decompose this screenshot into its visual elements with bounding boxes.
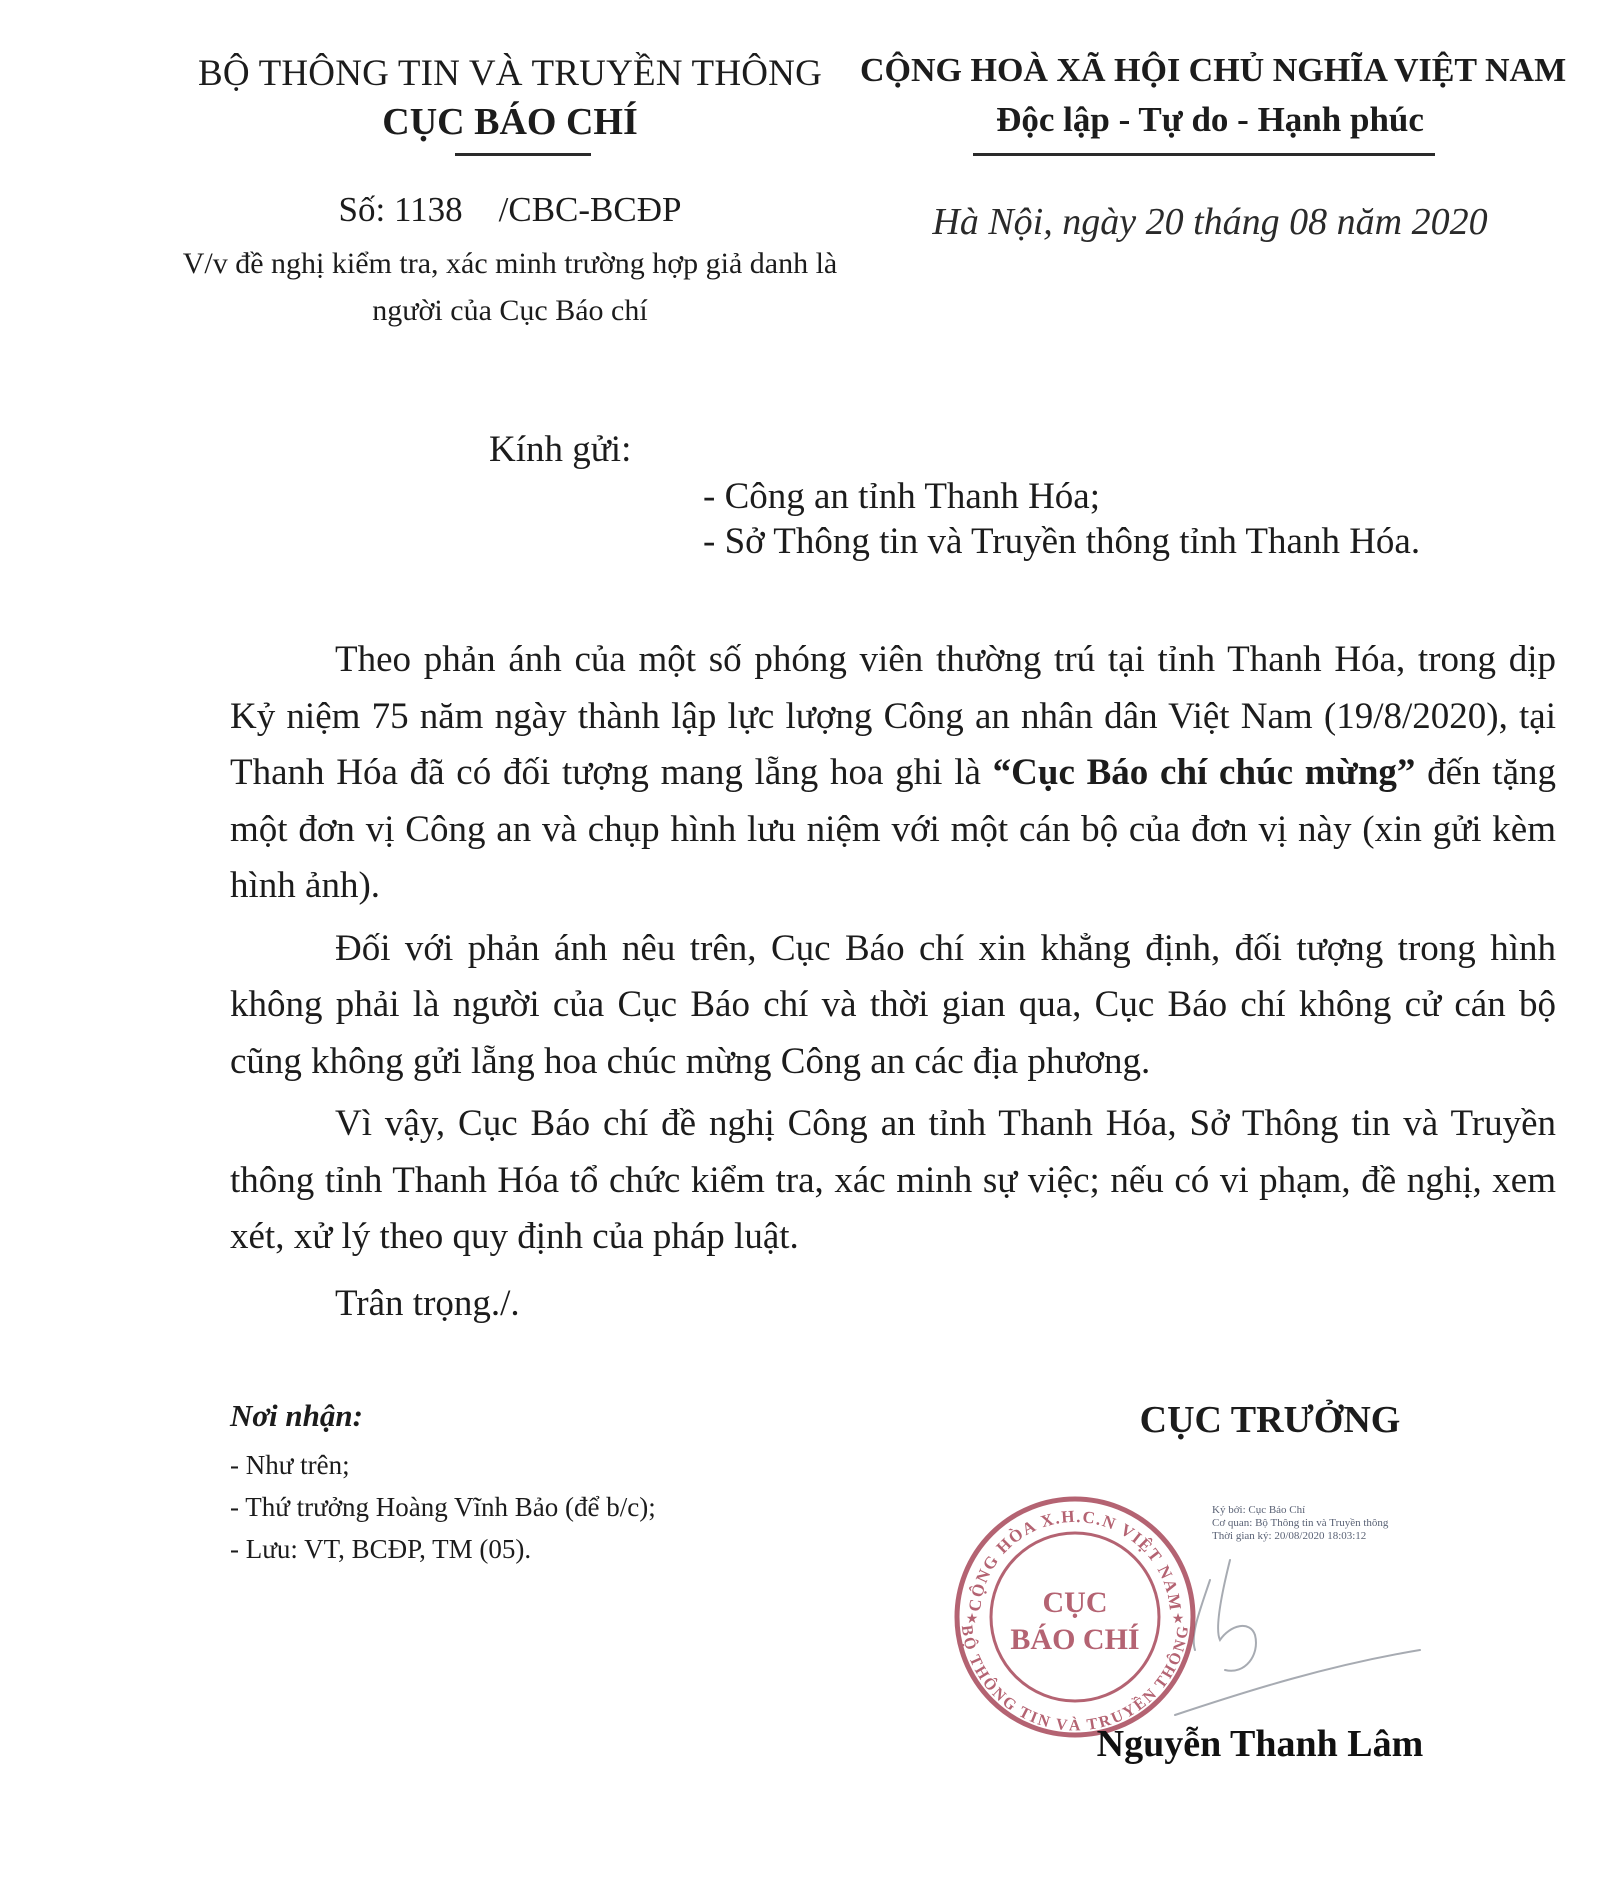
- org-underline-divider: [455, 153, 591, 156]
- body-paragraph: Đối với phản ánh nêu trên, Cục Báo chí x…: [230, 921, 1556, 1091]
- digital-signature-line: Ký bởi: Cục Báo Chí: [1212, 1504, 1388, 1517]
- addressee-item: - Công an tỉnh Thanh Hóa;: [703, 474, 1420, 519]
- handwritten-signature: [1170, 1540, 1530, 1740]
- document-number-prefix: Số: 1138: [339, 190, 463, 229]
- salutation: Kính gửi:: [489, 428, 631, 471]
- cc-item: - Như trên;: [230, 1444, 656, 1486]
- stamp-center-line1: CỤC: [1043, 1586, 1108, 1619]
- closing-phrase: Trân trọng./.: [230, 1276, 1556, 1333]
- body-paragraph: Vì vậy, Cục Báo chí đề nghị Công an tỉnh…: [230, 1096, 1556, 1266]
- quoted-bold-text: “Cục Báo chí chúc mừng”: [993, 752, 1416, 793]
- official-seal-stamp: CỘNG HÒA X.H.C.N VIỆT NAM BỘ THÔNG TIN V…: [950, 1492, 1200, 1742]
- stamp-center-line2: BÁO CHÍ: [1010, 1623, 1139, 1656]
- addressee-list: - Công an tỉnh Thanh Hóa; - Sở Thông tin…: [703, 474, 1420, 564]
- national-title: CỘNG HOÀ XÃ HỘI CHỦ NGHĨA VIỆT NAM: [860, 52, 1560, 90]
- star-icon: ★: [1172, 1612, 1185, 1627]
- issuing-organization: CỤC BÁO CHÍ: [150, 100, 870, 144]
- document-number: Số: 1138/CBC-BCĐP: [150, 190, 870, 230]
- signer-title: CỤC TRƯỞNG: [1040, 1398, 1500, 1442]
- cc-recipients-title: Nơi nhận:: [230, 1398, 363, 1434]
- cc-recipients-list: - Như trên; - Thứ trưởng Hoàng Vĩnh Bảo …: [230, 1444, 656, 1570]
- document-number-suffix: /CBC-BCĐP: [499, 190, 682, 229]
- signer-name: Nguyễn Thanh Lâm: [1050, 1722, 1470, 1766]
- parent-organization: BỘ THÔNG TIN VÀ TRUYỀN THÔNG: [150, 52, 870, 95]
- document-subject: V/v đề nghị kiểm tra, xác minh trường hợ…: [150, 240, 870, 334]
- place-and-date: Hà Nội, ngày 20 tháng 08 năm 2020: [860, 200, 1560, 244]
- cc-item: - Thứ trưởng Hoàng Vĩnh Bảo (để b/c);: [230, 1486, 656, 1528]
- national-motto: Độc lập - Tự do - Hạnh phúc: [860, 100, 1560, 140]
- motto-underline-divider: [973, 153, 1435, 156]
- cc-item: - Lưu: VT, BCĐP, TM (05).: [230, 1528, 656, 1570]
- star-icon: ★: [966, 1612, 979, 1627]
- digital-signature-info: Ký bởi: Cục Báo Chí Cơ quan: Bộ Thông ti…: [1212, 1504, 1388, 1543]
- body-paragraph: Theo phản ánh của một số phóng viên thườ…: [230, 632, 1556, 915]
- letter-body: Theo phản ánh của một số phóng viên thườ…: [230, 632, 1556, 1338]
- digital-signature-line: Cơ quan: Bộ Thông tin và Truyền thông: [1212, 1517, 1388, 1530]
- addressee-item: - Sở Thông tin và Truyền thông tỉnh Than…: [703, 519, 1420, 564]
